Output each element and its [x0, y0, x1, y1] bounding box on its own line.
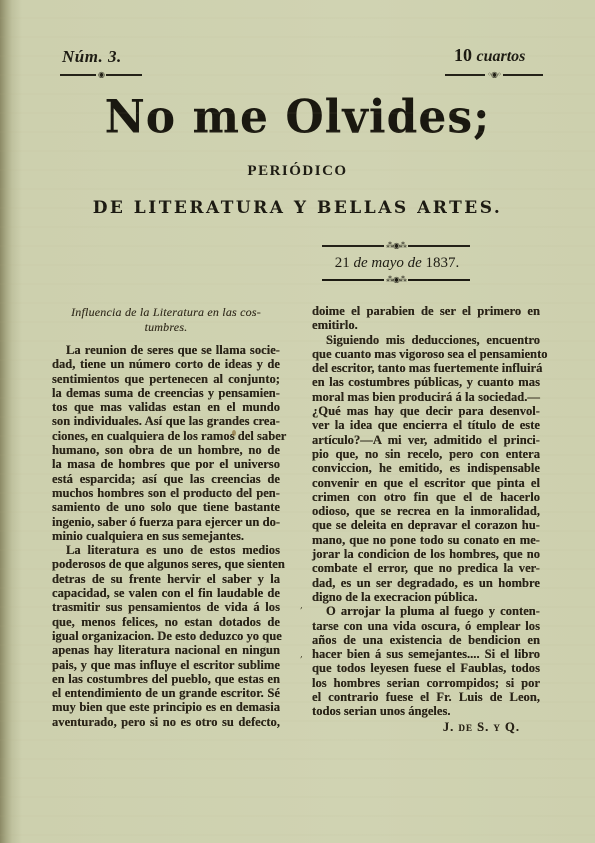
issue-number-ornament-rule: ◉ — [60, 71, 142, 79]
rule-line — [106, 74, 142, 76]
text-line: el contrario fuese el Fr. Luis de Leon, — [312, 690, 540, 704]
text-line: crimen con otro fin que el de hacerlo — [312, 490, 540, 504]
article-title: Influencia de la Literatura en las cos- … — [52, 305, 280, 335]
newspaper-page: Núm. 3. ◉ 10 cuartos ◦◉◦ No me Olvides; … — [0, 0, 595, 843]
text-line: son individuales. Así que las grandes cr… — [52, 414, 280, 428]
author-signature: J. de S. y Q. — [312, 720, 540, 734]
price-amount: 10 — [454, 45, 472, 65]
price-unit: cuartos — [477, 48, 526, 65]
rule-line — [322, 279, 384, 281]
text-line: apenas hay literatura nacional en ningun — [52, 643, 280, 657]
issue-date: 21 de mayo de 1837. — [322, 255, 472, 272]
text-line: dad, es un ser degradado, es un hombre — [312, 576, 540, 590]
issue-number: Núm. 3. — [62, 47, 122, 67]
margin-mark: , — [300, 650, 303, 660]
text-line: O arrojar la pluma al fuego y conten- — [312, 604, 540, 618]
text-line: sentimientos que pertenecen al conjunto; — [52, 372, 280, 386]
text-line: que cuanto mas vigoroso sea el pensamien… — [312, 347, 540, 361]
ornament-icon: ⁂◉⁂ — [384, 242, 408, 250]
text-line: ingenio, saber ó fuerza para ejercer un … — [52, 515, 280, 529]
rule-line — [60, 74, 96, 76]
rule-line — [408, 245, 470, 247]
rule-line — [322, 245, 384, 247]
text-line: humano, son obra de un hombre, no de — [52, 443, 280, 457]
masthead-title: No me Olvides; — [0, 91, 595, 145]
date-ornament-rule-bottom: ⁂◉⁂ — [322, 276, 470, 284]
text-line: hacer bien á sus semejantes.... Si el li… — [312, 647, 540, 661]
text-line: moral mas bien producirá á la sociedad.— — [312, 390, 540, 404]
text-line: que todos leyesen fuese el Faublas, todo… — [312, 661, 540, 675]
text-line: tarse con una vida oscura, ó emplear los — [312, 619, 540, 633]
text-line: conviccion, he emitido, es indispensable — [312, 461, 540, 475]
text-line: muchos hombres son el producto del pen- — [52, 486, 280, 500]
text-line: pais, y que mas influye el escritor subl… — [52, 658, 280, 672]
article-title-line: tumbres. — [52, 320, 280, 335]
text-line: artículo?—A mi ver, admitido el princi- — [312, 433, 540, 447]
date-year: 1837. — [426, 255, 460, 271]
text-line: trasmitir sus pensamientos de vida á los — [52, 600, 280, 614]
rule-line — [445, 74, 485, 76]
text-line: minio cualquiera en sus semejantes. — [52, 529, 280, 543]
left-column-text: La reunion de seres que se llama socie-d… — [52, 343, 280, 729]
text-line: que se deleita en depravar el corazon hu… — [312, 518, 540, 532]
margin-mark: , — [300, 601, 303, 611]
ink-stain — [232, 430, 236, 436]
text-line: capacidad, se valen con el fin laudable … — [52, 586, 280, 600]
text-line: Siguiendo mis deducciones, encuentro — [312, 333, 540, 347]
rule-line — [408, 279, 470, 281]
date-ornament-rule-top: ⁂◉⁂ — [322, 242, 470, 250]
text-line: combate el error, que no predica la ver- — [312, 561, 540, 575]
text-line: detras de su frente hervir el saber y la — [52, 572, 280, 586]
text-line: odioso, que se recrea en la inmoralidad, — [312, 504, 540, 518]
text-line: mano, que no pone todo su conato en me- — [312, 533, 540, 547]
text-line: del escritor, tanto mas fuertemente infl… — [312, 361, 540, 375]
text-line: digno de la execracion pública. — [312, 590, 540, 604]
text-line: en las costumbres del pueblo, que estas … — [52, 672, 280, 686]
text-line: aventurado, pero si no es otro su defect… — [52, 715, 280, 729]
text-line: está esparcida; así que las creencias de — [52, 472, 280, 486]
text-line: todos serian unos ángeles. — [312, 704, 540, 718]
article-title-line: Influencia de la Literatura en las cos- — [52, 305, 280, 320]
text-line: muy bien que este principio es en demasi… — [52, 700, 280, 714]
subtitle: DE LITERATURA Y BELLAS ARTES. — [0, 198, 595, 218]
text-line: tos que mas validas estan en el mundo — [52, 400, 280, 414]
text-line: ¿Qué mas hay que decir para desenvol- — [312, 404, 540, 418]
ornament-icon: ◉ — [96, 71, 106, 79]
text-line: pio que, no sin recelo, pero con entera — [312, 447, 540, 461]
text-line: doime el parabien de ser el primero en — [312, 304, 540, 318]
ornament-icon: ⁂◉⁂ — [384, 276, 408, 284]
date-text: de mayo de — [350, 255, 426, 271]
text-line: la demas suma de creencias y pensamien- — [52, 386, 280, 400]
ornament-icon: ◦◉◦ — [485, 71, 502, 79]
text-line: ciones, en cualquiera de los ramos del s… — [52, 429, 280, 443]
text-line: dad, tiene un número corto de ideas y de — [52, 357, 280, 371]
text-line: los hombres serian corrompidos; si por — [312, 676, 540, 690]
text-line: La literatura es uno de estos medios — [52, 543, 280, 557]
rule-line — [503, 74, 543, 76]
text-line: la masa de hombres que por el universo — [52, 457, 280, 471]
price-ornament-rule: ◦◉◦ — [445, 71, 543, 79]
text-line: años de una existencia de bendicion en — [312, 633, 540, 647]
text-line: La reunion de seres que se llama socie- — [52, 343, 280, 357]
text-line: poderosos de que algunos seres, que sien… — [52, 557, 280, 571]
right-column-text: doime el parabien de ser el primero enem… — [312, 304, 540, 719]
text-line: samiento de uno solo que tiene bastante — [52, 500, 280, 514]
text-line: que, menos felices, no estan dotados de — [52, 615, 280, 629]
article-column-left: Influencia de la Literatura en las cos- … — [52, 305, 280, 729]
text-line: igual organizacion. De esto deduzco yo q… — [52, 629, 280, 643]
text-line: ver la idea que encierra el título de es… — [312, 418, 540, 432]
article-column-right: doime el parabien de ser el primero enem… — [312, 304, 540, 734]
text-line: en las costumbres públicas, y cuanto mas — [312, 375, 540, 389]
text-line: el entendimiento de un grande escritor. … — [52, 686, 280, 700]
text-line: jorar la condicion de los hombres, que n… — [312, 547, 540, 561]
text-line: emitirlo. — [312, 318, 540, 332]
periodico-label: PERIÓDICO — [0, 163, 595, 180]
date-day: 21 — [335, 255, 350, 271]
price: 10 cuartos — [454, 45, 525, 66]
text-line: convenir en que el escritor que pinta el — [312, 476, 540, 490]
